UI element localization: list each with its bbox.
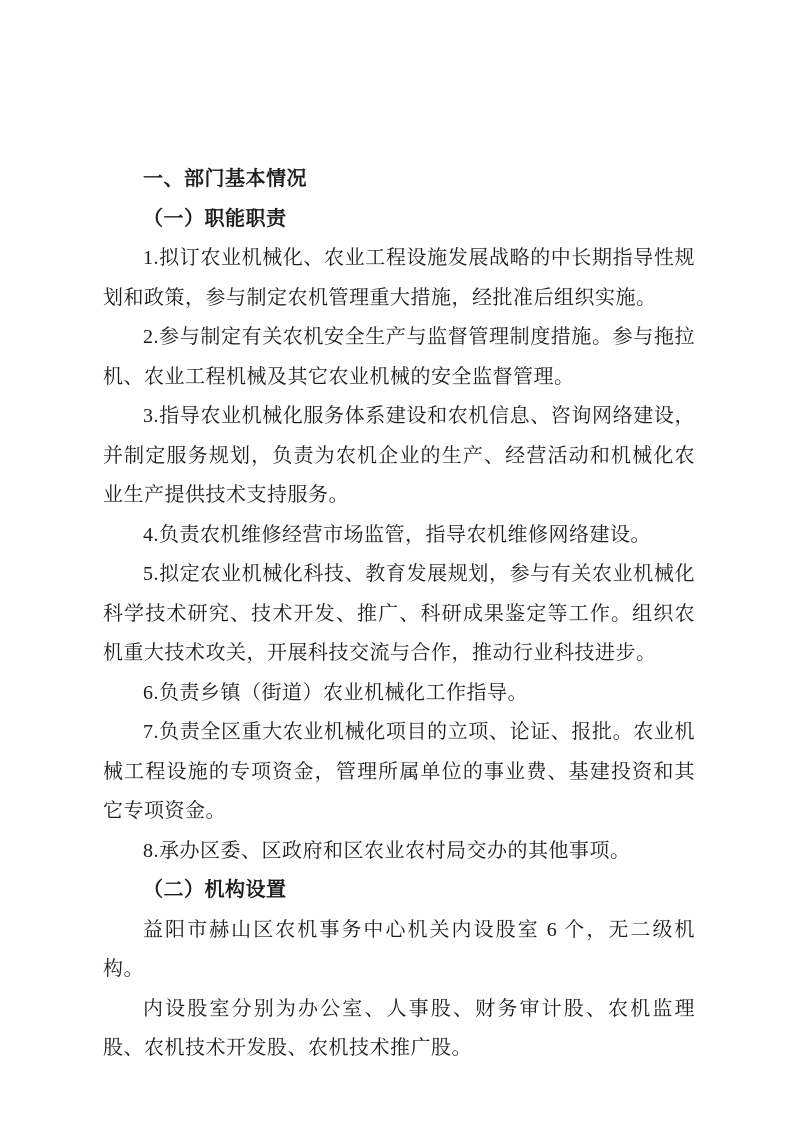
duty-paragraph-8: 8.承办区委、区政府和区农业农村局交办的其他事项。 — [103, 832, 695, 872]
document-page: 一、部门基本情况 （一）职能职责 1.拟订农业机械化、农业工程设施发展战略的中长… — [0, 0, 794, 1122]
duty-paragraph-5: 5.拟定农业机械化科技、教育发展规划，参与有关农业机械化科学技术研究、技术开发、… — [103, 555, 695, 674]
duty-paragraph-4: 4.负责农机维修经营市场监管，指导农机维修网络建设。 — [103, 516, 695, 556]
document-body: 一、部门基本情况 （一）职能职责 1.拟订农业机械化、农业工程设施发展战略的中长… — [103, 160, 695, 1069]
duty-paragraph-6: 6.负责乡镇（街道）农业机械化工作指导。 — [103, 674, 695, 714]
subsection-title-duties: （一）职能职责 — [103, 200, 695, 240]
duty-paragraph-7: 7.负责全区重大农业机械化项目的立项、论证、报批。农业机械工程设施的专项资金，管… — [103, 713, 695, 832]
org-paragraph-1: 益阳市赫山区农机事务中心机关内设股室 6 个，无二级机构。 — [103, 911, 695, 990]
subsection-title-organization: （二）机构设置 — [103, 871, 695, 911]
org-paragraph-2: 内设股室分别为办公室、人事股、财务审计股、农机监理股、农机技术开发股、农机技术推… — [103, 990, 695, 1069]
section-title-basic-situation: 一、部门基本情况 — [103, 160, 695, 200]
duty-paragraph-1: 1.拟订农业机械化、农业工程设施发展战略的中长期指导性规划和政策，参与制定农机管… — [103, 239, 695, 318]
duty-paragraph-3: 3.指导农业机械化服务体系建设和农机信息、咨询网络建设，并制定服务规划，负责为农… — [103, 397, 695, 516]
duty-paragraph-2: 2.参与制定有关农机安全生产与监督管理制度措施。参与拖拉机、农业工程机械及其它农… — [103, 318, 695, 397]
